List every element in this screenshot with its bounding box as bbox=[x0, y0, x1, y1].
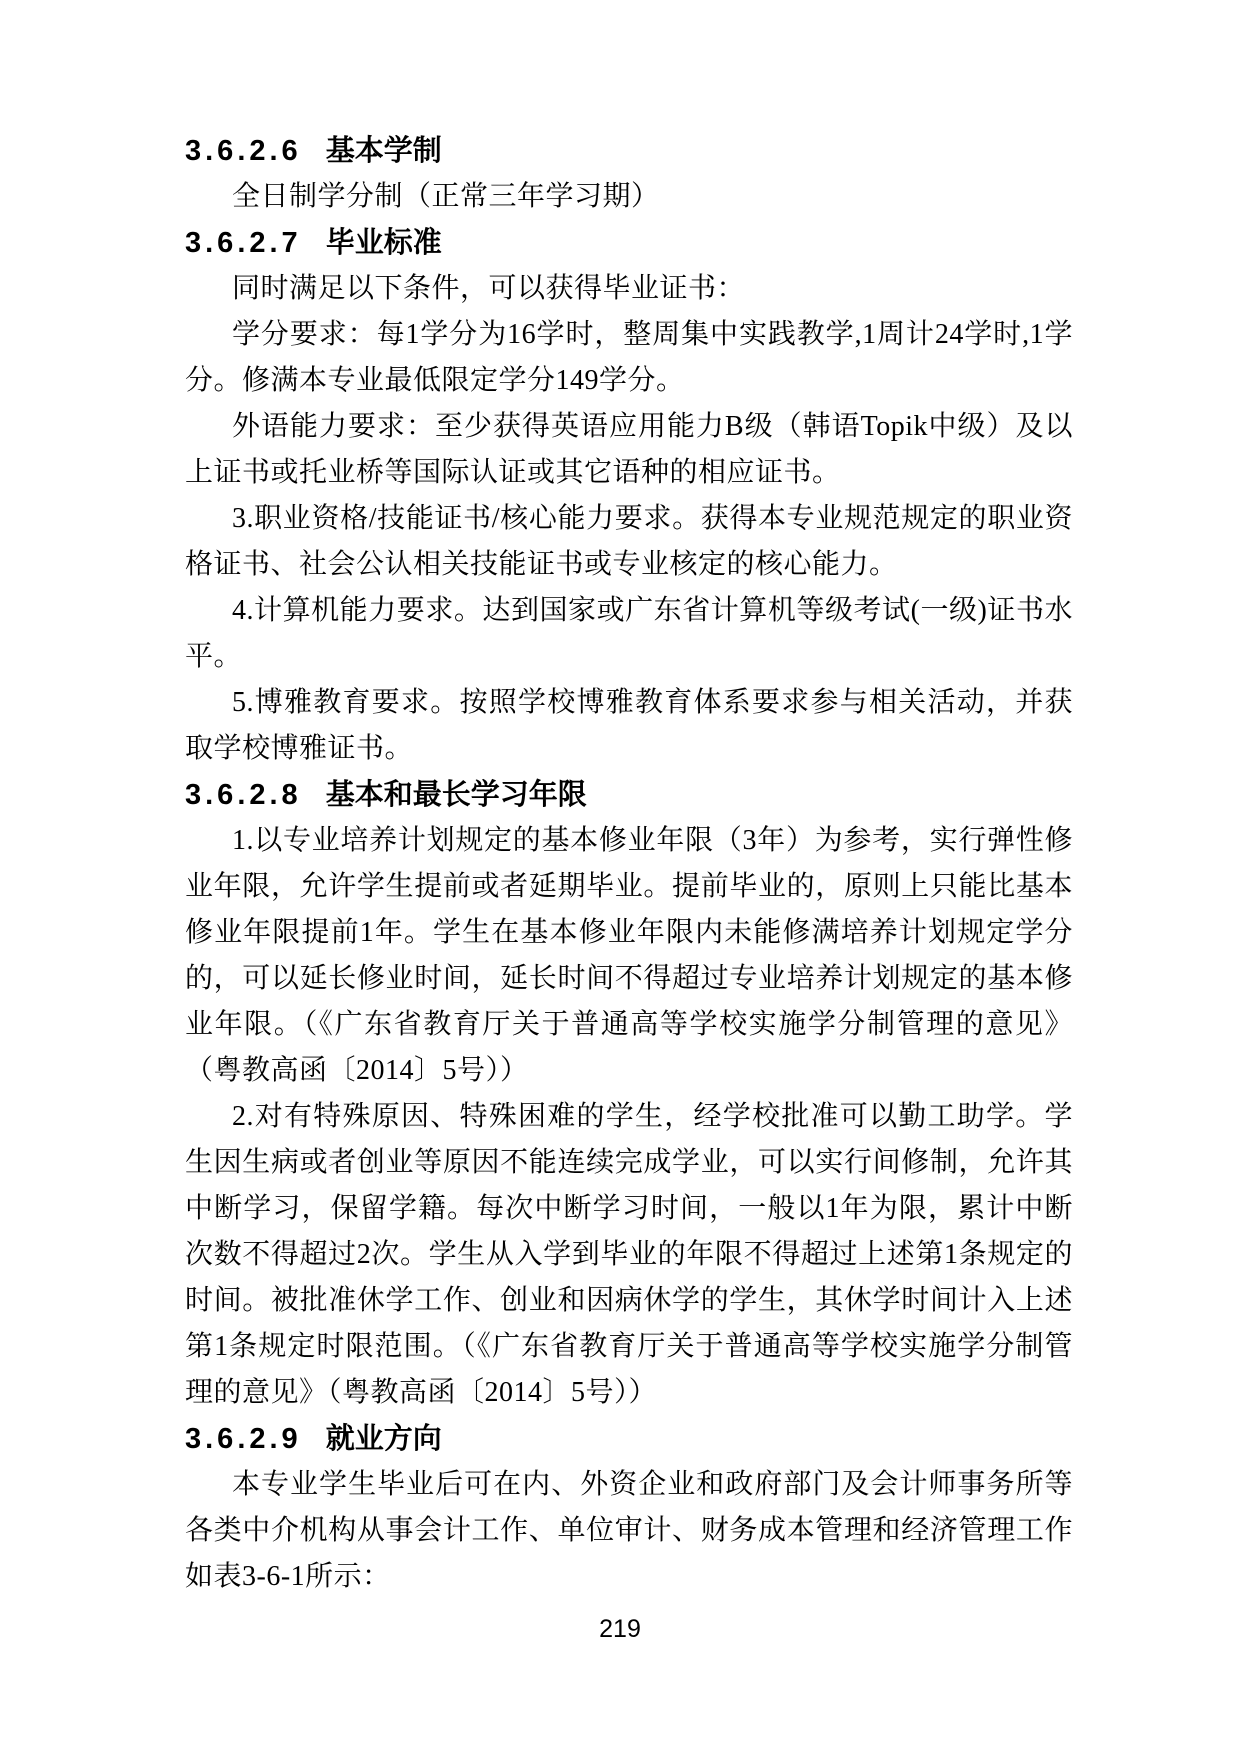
section-heading-3-6-2-8: 3.6.2.8基本和最长学习年限 bbox=[185, 772, 1073, 818]
paragraph-credit-requirement: 学分要求：每1学分为16学时，整周集中实践教学,1周计24学时,1学分。修满本专… bbox=[185, 312, 1073, 404]
heading-number: 3.6.2.7 bbox=[185, 227, 302, 259]
heading-title: 基本学制 bbox=[326, 135, 442, 167]
section-heading-3-6-2-9: 3.6.2.9就业方向 bbox=[185, 1416, 1073, 1462]
document-page: 3.6.2.6基本学制 全日制学分制（正常三年学习期） 3.6.2.7毕业标准 … bbox=[0, 0, 1240, 1753]
section-heading-3-6-2-7: 3.6.2.7毕业标准 bbox=[185, 220, 1073, 266]
heading-title: 基本和最长学习年限 bbox=[326, 779, 587, 811]
paragraph-school-system: 全日制学分制（正常三年学习期） bbox=[185, 174, 1073, 220]
paragraph-study-years-2: 2.对有特殊原因、特殊困难的学生，经学校批准可以勤工助学。学生因生病或者创业等原… bbox=[185, 1094, 1073, 1416]
paragraph-computer-requirement: 4.计算机能力要求。达到国家或广东省计算机等级考试(一级)证书水平。 bbox=[185, 588, 1073, 680]
document-content: 3.6.2.6基本学制 全日制学分制（正常三年学习期） 3.6.2.7毕业标准 … bbox=[185, 128, 1073, 1600]
heading-number: 3.6.2.9 bbox=[185, 1423, 302, 1455]
paragraph-study-years-1: 1.以专业培养计划规定的基本修业年限（3年）为参考，实行弹性修业年限，允许学生提… bbox=[185, 818, 1073, 1094]
paragraph-boya-education-requirement: 5.博雅教育要求。按照学校博雅教育体系要求参与相关活动，并获取学校博雅证书。 bbox=[185, 680, 1073, 772]
paragraph-employment-direction: 本专业学生毕业后可在内、外资企业和政府部门及会计师事务所等各类中介机构从事会计工… bbox=[185, 1462, 1073, 1600]
heading-number: 3.6.2.6 bbox=[185, 135, 302, 167]
page-number: 219 bbox=[0, 1614, 1240, 1644]
heading-title: 就业方向 bbox=[326, 1423, 442, 1455]
paragraph-graduation-intro: 同时满足以下条件，可以获得毕业证书： bbox=[185, 266, 1073, 312]
paragraph-foreign-language-requirement: 外语能力要求：至少获得英语应用能力B级（韩语Topik中级）及以上证书或托业桥等… bbox=[185, 404, 1073, 496]
heading-title: 毕业标准 bbox=[326, 227, 442, 259]
paragraph-vocational-certificate-requirement: 3.职业资格/技能证书/核心能力要求。获得本专业规范规定的职业资格证书、社会公认… bbox=[185, 496, 1073, 588]
section-heading-3-6-2-6: 3.6.2.6基本学制 bbox=[185, 128, 1073, 174]
heading-number: 3.6.2.8 bbox=[185, 779, 302, 811]
